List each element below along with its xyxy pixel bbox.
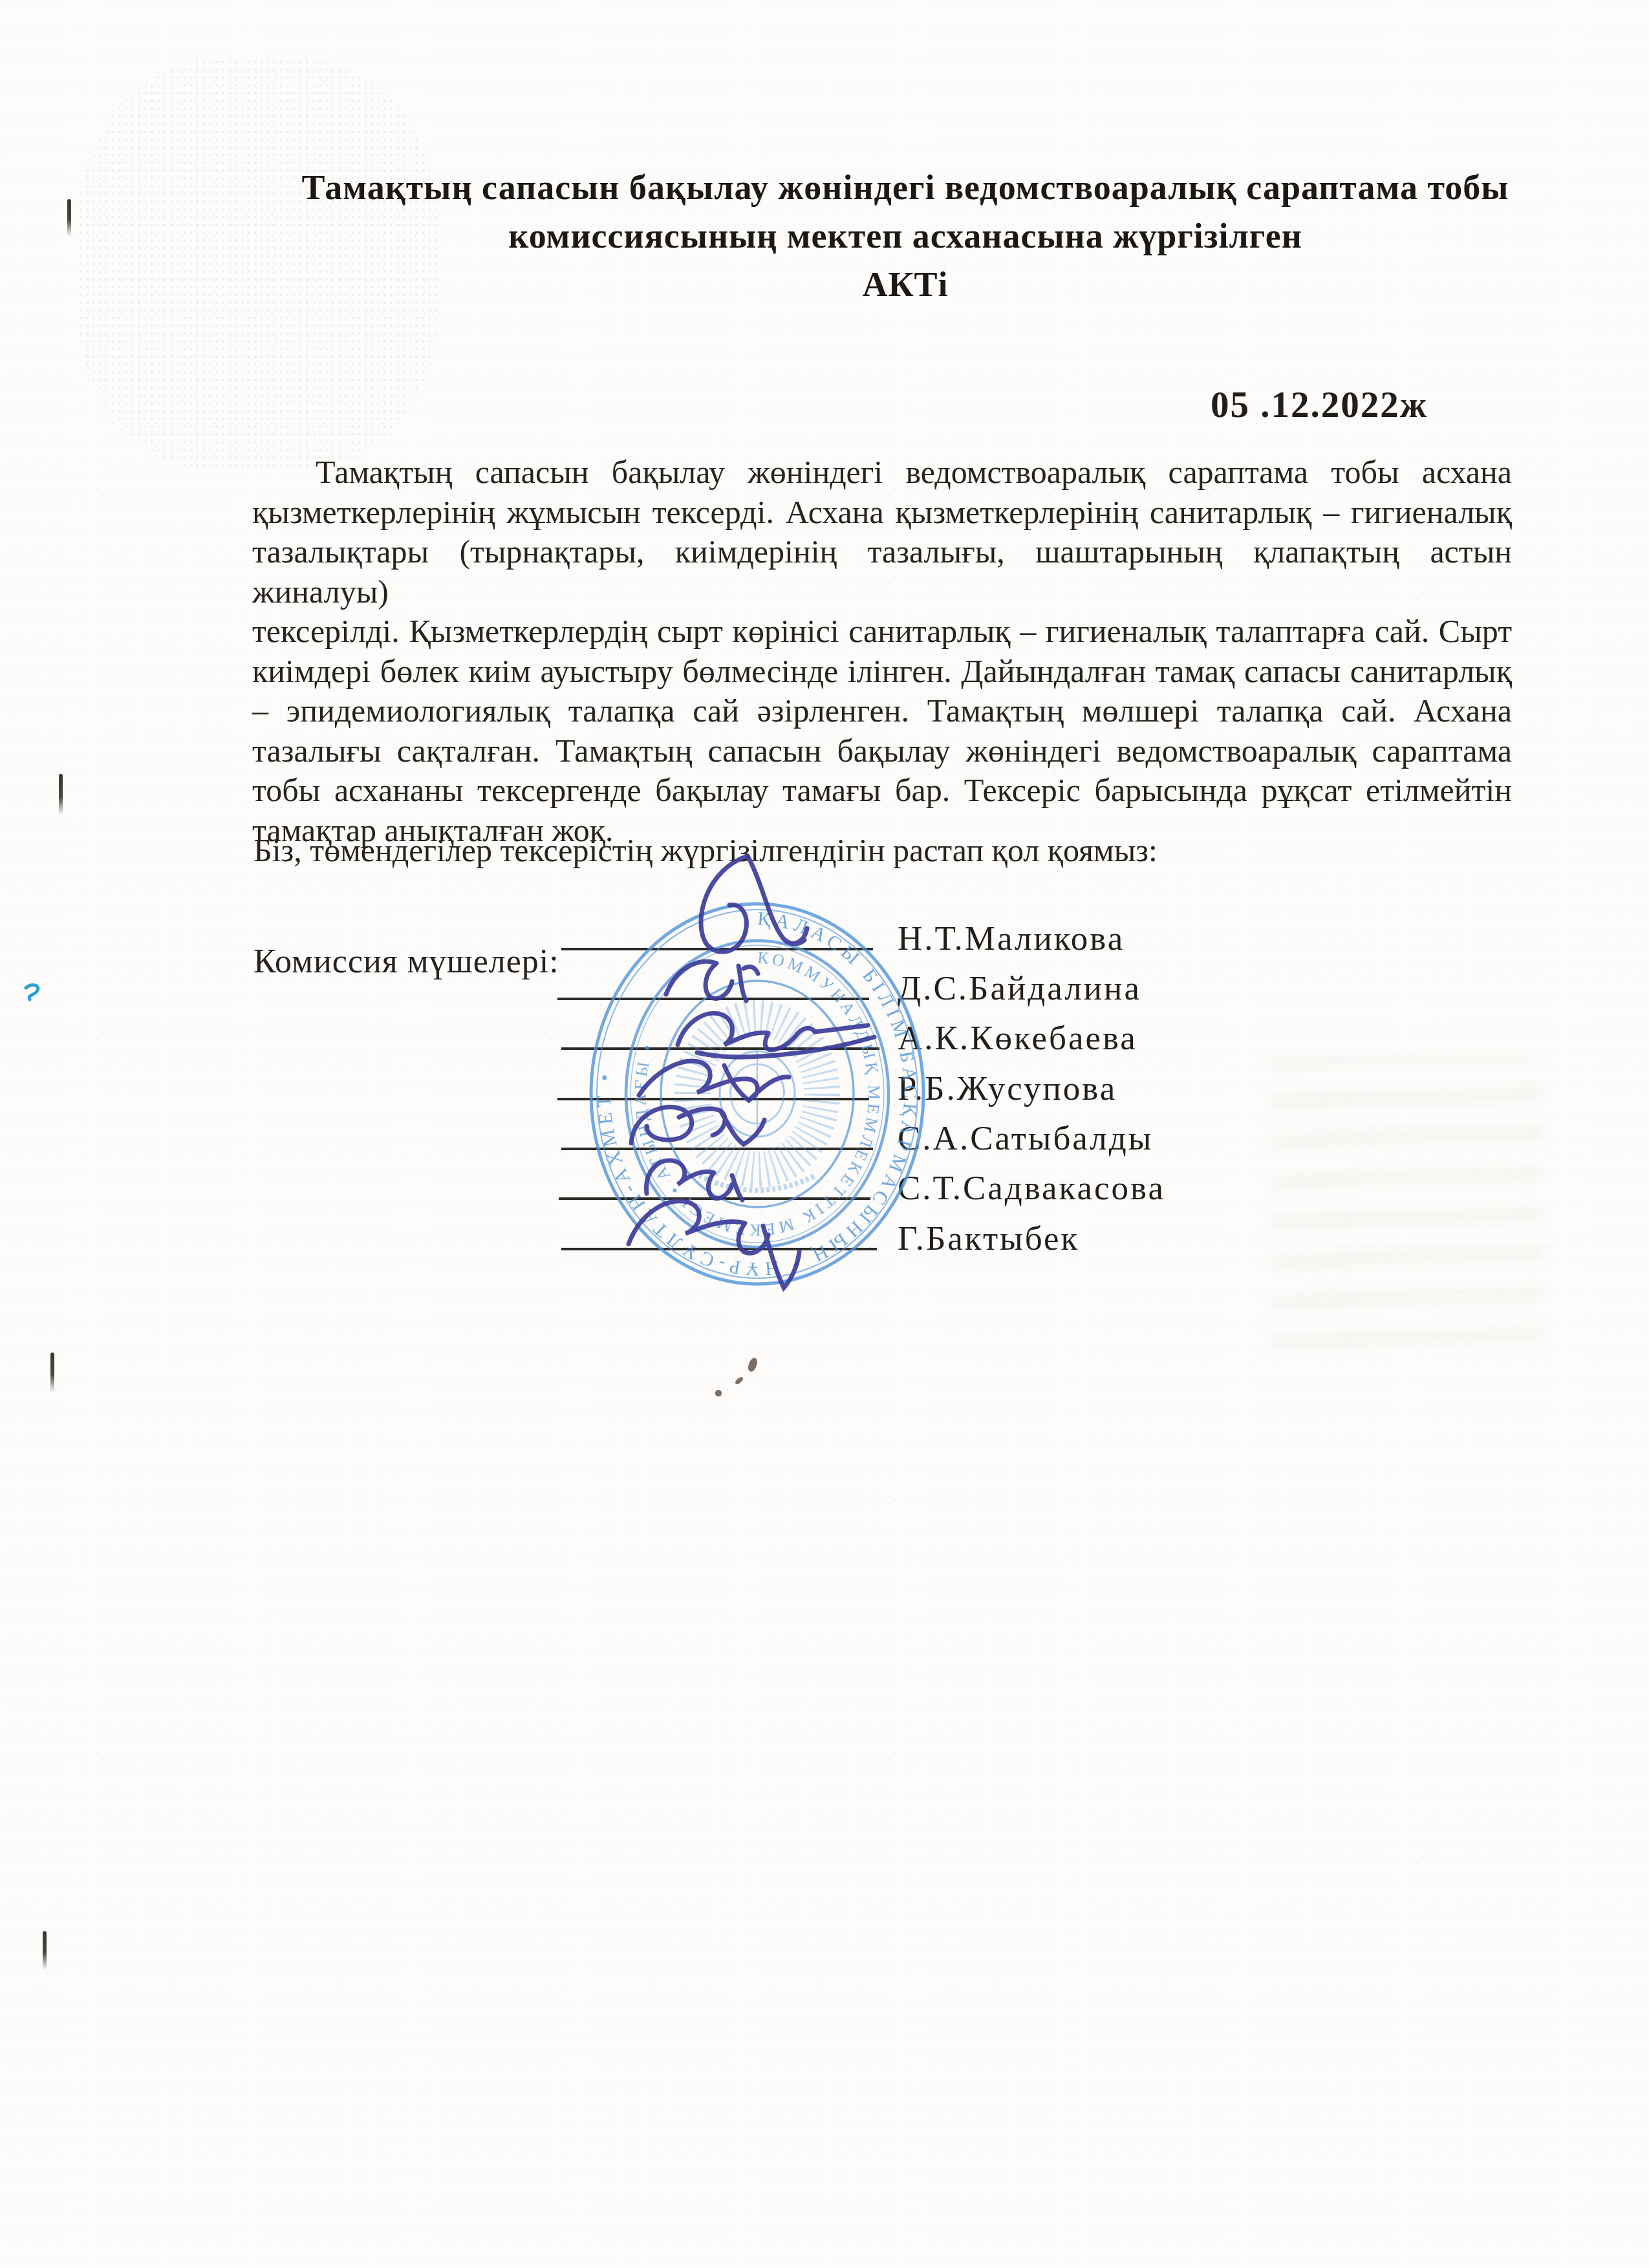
paragraph-line: қызметкерлерінің жұмысын тексерді. Асхан…	[252, 493, 1512, 533]
signature-ink	[631, 1107, 692, 1143]
page-bleed-through-smudge	[1271, 1054, 1542, 1358]
signature-ink	[647, 1161, 732, 1199]
pen-dot	[734, 1376, 744, 1385]
title-line-2: комиссиясының мектеп асханасына жүргізіл…	[223, 212, 1588, 261]
paragraph-line: киімдері бөлек киім ауыстыру бөлмесінде …	[252, 652, 1512, 692]
signature-ink	[738, 966, 758, 1001]
signature-ink	[748, 856, 807, 944]
signature-ink	[666, 961, 732, 998]
pen-dot	[715, 1390, 722, 1396]
fold-mark	[43, 1931, 47, 1970]
member-name: С.Т.Садвакасова	[898, 1169, 1165, 1208]
paragraph-line: тобы асхананы тексергенде бақылау тамағы…	[252, 771, 1512, 811]
blue-pen-tick	[22, 981, 44, 1003]
fold-mark	[50, 1353, 54, 1393]
title-line-3: АКТі	[223, 261, 1588, 309]
paragraph-line: тазалығы сақталған. Тамақтың сапасын бақ…	[252, 731, 1512, 771]
pen-dot	[747, 1357, 759, 1373]
document-page: Тамақтың сапасын бақылау жөніндегі ведом…	[0, 0, 1649, 2268]
signature-ink	[701, 856, 748, 952]
signature-ink	[629, 1201, 768, 1254]
handwritten-signatures	[569, 839, 938, 1298]
paragraph-line: тексерілді. Қызметкерлердің сырт көрініс…	[252, 612, 1512, 652]
title-line-1: Тамақтың сапасын бақылау жөніндегі ведом…	[223, 164, 1588, 212]
paragraph-line: Тамақтың сапасын бақылау жөніндегі ведом…	[252, 453, 1512, 493]
commission-members-label: Комиссия мүшелері:	[253, 943, 559, 981]
document-date: 05 .12.2022ж	[1211, 384, 1428, 426]
fold-mark	[67, 199, 71, 237]
fold-mark	[59, 774, 63, 815]
paragraph-line: – эпидемиологиялық талапқа сай әзірленге…	[252, 691, 1512, 731]
document-title: Тамақтың сапасын бақылау жөніндегі ведом…	[223, 164, 1588, 309]
signature-ink	[732, 1175, 742, 1200]
body-paragraph: Тамақтың сапасын бақылау жөніндегі ведом…	[252, 453, 1512, 850]
paragraph-line: тазалықтары (тырнақтары, киімдерінің таз…	[252, 532, 1512, 612]
